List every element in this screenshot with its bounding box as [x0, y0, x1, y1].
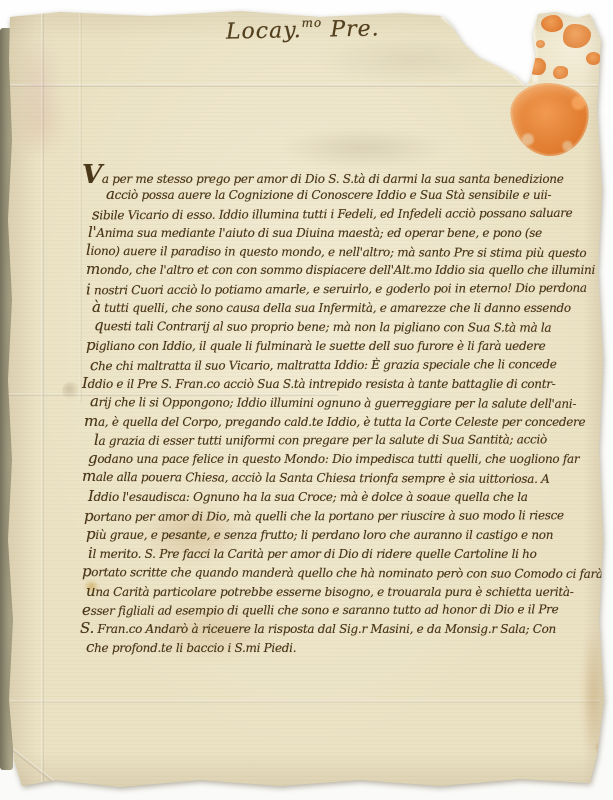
handwritten-line: Iddio l'esaudisca: Ognuno ha la sua Croc… — [88, 487, 598, 506]
salutation-main: Locay. — [226, 18, 302, 45]
handwritten-line: liono) auere il paradiso in questo mondo… — [86, 240, 598, 261]
paper-sheet: Locay.mo Pre. Va per me stesso prego per… — [0, 0, 613, 800]
handwritten-line: che profond.te li baccio i S.mi Piedi. — [86, 638, 598, 657]
handwritten-line: acciò possa auere la Cognizione di Conos… — [106, 185, 598, 204]
handwritten-line: portato scritte che quando manderà quell… — [82, 562, 598, 583]
handwritten-line: S. Fran.co Andarò à riceuere la risposta… — [80, 619, 598, 638]
wax-seal-spot — [536, 40, 545, 48]
letter-body-text: Va per me stesso prego per amor di Dio S… — [86, 166, 598, 666]
handwritten-line: male alla pouera Chiesa, acciò la Santa … — [82, 467, 598, 488]
handwritten-line: ma, è quella del Corpo, pregando cald.te… — [84, 412, 598, 431]
wax-seal-spot — [541, 15, 563, 32]
ink-show-through — [278, 128, 448, 168]
fold-crease-top — [10, 84, 598, 87]
handwritten-line: portano per amor di Dio, mà quelli che l… — [84, 505, 598, 526]
handwritten-line: sibile Vicario di esso. Iddio illumina t… — [92, 202, 598, 224]
handwritten-line: più graue, e pesante, e senza frutto; li… — [86, 525, 598, 544]
fold-crease-vertical-inner — [79, 13, 82, 403]
handwritten-line: mondo, che l'altro et con con sommo disp… — [86, 260, 598, 279]
handwritten-line: l'Anima sua mediante l'aiuto di sua Diui… — [88, 223, 598, 242]
handwritten-line: i nostri Cuori acciò lo potiamo amarle, … — [86, 278, 598, 300]
heading-salutation: Locay.mo Pre. — [168, 13, 439, 67]
stain-pink-left — [12, 90, 68, 160]
handwritten-line: godano una pace felice in questo Mondo: … — [88, 449, 598, 468]
paper-shadow-wrapper: Locay.mo Pre. Va per me stesso prego per… — [0, 0, 613, 800]
fold-crease-bottom — [10, 700, 600, 703]
wax-seal-spot — [586, 52, 601, 65]
salutation-superscript: mo — [301, 16, 322, 30]
stain-spot-bottom-right — [595, 742, 605, 752]
wax-seal-spot — [553, 66, 568, 79]
handwritten-line: una Carità particolare potrebbe esserne … — [86, 582, 598, 601]
handwritten-line: questi tali Contrarij al suo proprio ben… — [94, 316, 598, 337]
handwritten-line: il merito. S. Pre facci la Carità per am… — [88, 544, 598, 563]
handwritten-line: arij che li si Oppongono; Iddio illumini… — [90, 392, 598, 413]
fold-dimple — [62, 382, 80, 400]
salutation-suffix: Pre. — [322, 16, 380, 42]
handwritten-line: che chi maltratta il suo Vicario, maltra… — [90, 354, 598, 375]
handwritten-line: esser figliali ad esempio di quelli che … — [82, 600, 598, 621]
handwritten-line: pigliano con Iddio, il quale li fulminar… — [86, 336, 598, 355]
fold-crease-corner — [0, 733, 66, 792]
wax-seal-spot — [527, 58, 546, 75]
handwritten-line: à tutti quelli, che sono causa della sua… — [92, 298, 598, 317]
handwritten-line: la grazia di esser tutti uniformi con pr… — [94, 430, 598, 451]
handwritten-line: Va per me stesso prego per amor di Dio S… — [82, 166, 598, 185]
handwritten-line: Iddio e il Pre S. Fran.co acciò Sua S.tà… — [82, 374, 598, 393]
